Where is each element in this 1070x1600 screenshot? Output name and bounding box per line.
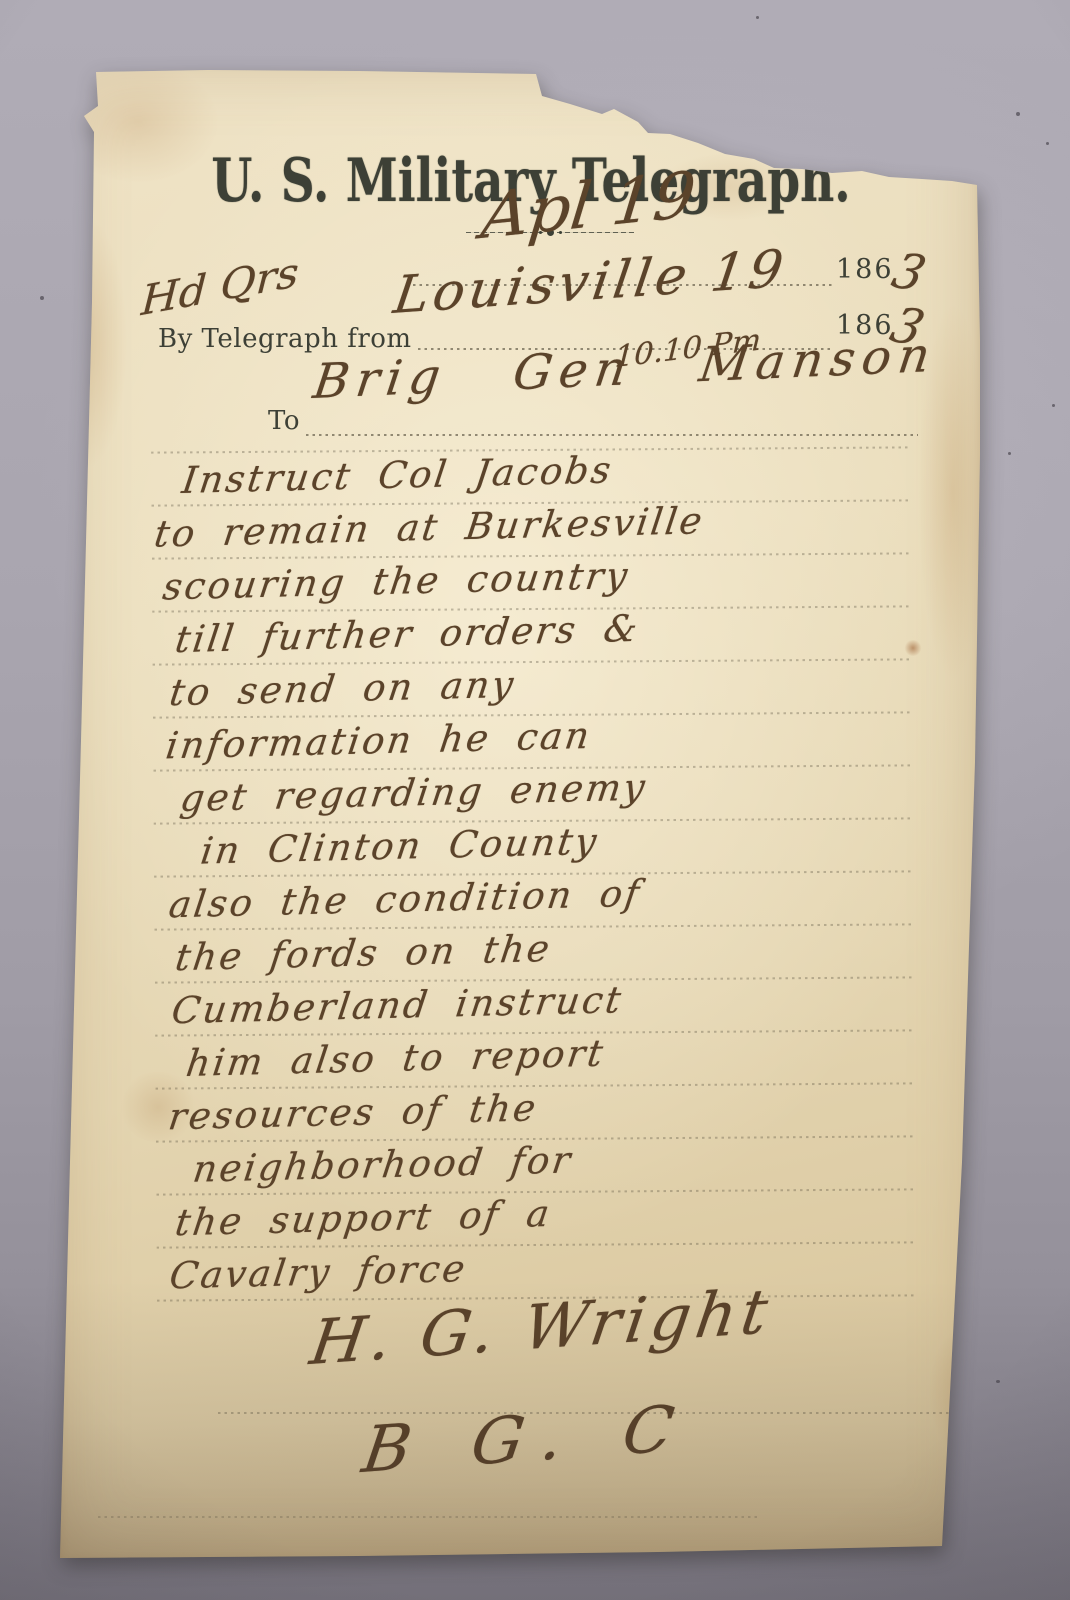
handwritten-body-text: Cavalry force — [157, 1247, 470, 1298]
dust-speck — [1008, 452, 1011, 455]
telegram-body-line: also the condition of — [154, 872, 914, 930]
handwritten-body-text: the support of a — [157, 1192, 555, 1245]
handwritten-body-text: information he can — [153, 714, 594, 768]
telegram-body-line: neighborhood for — [156, 1137, 916, 1195]
dust-speck — [1046, 142, 1049, 145]
handwritten-body-text: also the condition of — [154, 872, 644, 927]
photo-background: U. S. Military Telegraph. Apl 19 186 3 H… — [0, 0, 1070, 1600]
telegram-body-line: the support of a — [156, 1190, 916, 1248]
printed-year-prefix-1: 186 — [836, 254, 894, 285]
handwritten-body-text: till further orders & — [153, 607, 643, 662]
signature-title-rule — [98, 1516, 758, 1518]
handwritten-body-text: to send on any — [153, 663, 518, 715]
handwritten-body-text: get regarding enemy — [154, 766, 650, 821]
telegram-body-line: get regarding enemy — [153, 766, 913, 824]
handwritten-year-digit-1: 3 — [886, 243, 932, 303]
handwritten-signature-title: B G. C — [358, 1391, 698, 1488]
handwritten-hdqrs-note: Hd Qrs — [140, 248, 300, 325]
dust-speck — [40, 296, 44, 300]
dust-speck — [1016, 112, 1020, 116]
telegram-body-line: till further orders & — [152, 607, 912, 665]
dust-speck — [1052, 404, 1055, 407]
ruled-line-empty — [151, 423, 911, 453]
handwritten-body-text: neighborhood for — [156, 1139, 575, 1192]
handwritten-origin: Louisville 19 — [390, 239, 791, 326]
telegram-body-line: the fords on the — [154, 925, 914, 983]
telegram-body-line: Cumberland instruct — [155, 978, 915, 1036]
telegram-body-line: to remain at Burkesville — [152, 501, 912, 559]
handwritten-body-text: in Clinton County — [154, 820, 601, 874]
foxing-stain — [38, 212, 128, 472]
telegram-paper: U. S. Military Telegraph. Apl 19 186 3 H… — [58, 62, 980, 1562]
handwritten-body-text: resources of the — [156, 1086, 541, 1138]
handwritten-body-text: the fords on the — [155, 927, 555, 980]
telegram-body-line: information he can — [153, 713, 913, 771]
telegram-body-line: him also to report — [155, 1031, 915, 1089]
telegram-paper-shadow: U. S. Military Telegraph. Apl 19 186 3 H… — [58, 62, 980, 1562]
handwritten-body-text: scouring the country — [152, 554, 632, 609]
printed-from-label: By Telegraph from — [158, 324, 412, 354]
handwritten-body-text: Instruct Col Jacobs — [151, 448, 615, 502]
foxing-stain — [928, 1322, 1018, 1462]
telegram-body-line: in Clinton County — [154, 819, 914, 877]
telegram-body-line: to send on any — [153, 660, 913, 718]
handwritten-body-text: Cumberland instruct — [155, 978, 626, 1032]
telegram-body: Instruct Col Jacobs to remain at Burkesv… — [151, 423, 917, 1301]
dust-speck — [756, 16, 759, 19]
handwritten-body-text: him also to report — [156, 1032, 608, 1086]
handwritten-body-text: to remain at Burkesville — [152, 499, 707, 555]
dust-speck — [996, 1380, 1000, 1383]
telegram-body-line: Instruct Col Jacobs — [151, 448, 911, 506]
telegram-body-line: scouring the country — [152, 554, 912, 612]
telegram-body-line: resources of the — [156, 1084, 916, 1142]
